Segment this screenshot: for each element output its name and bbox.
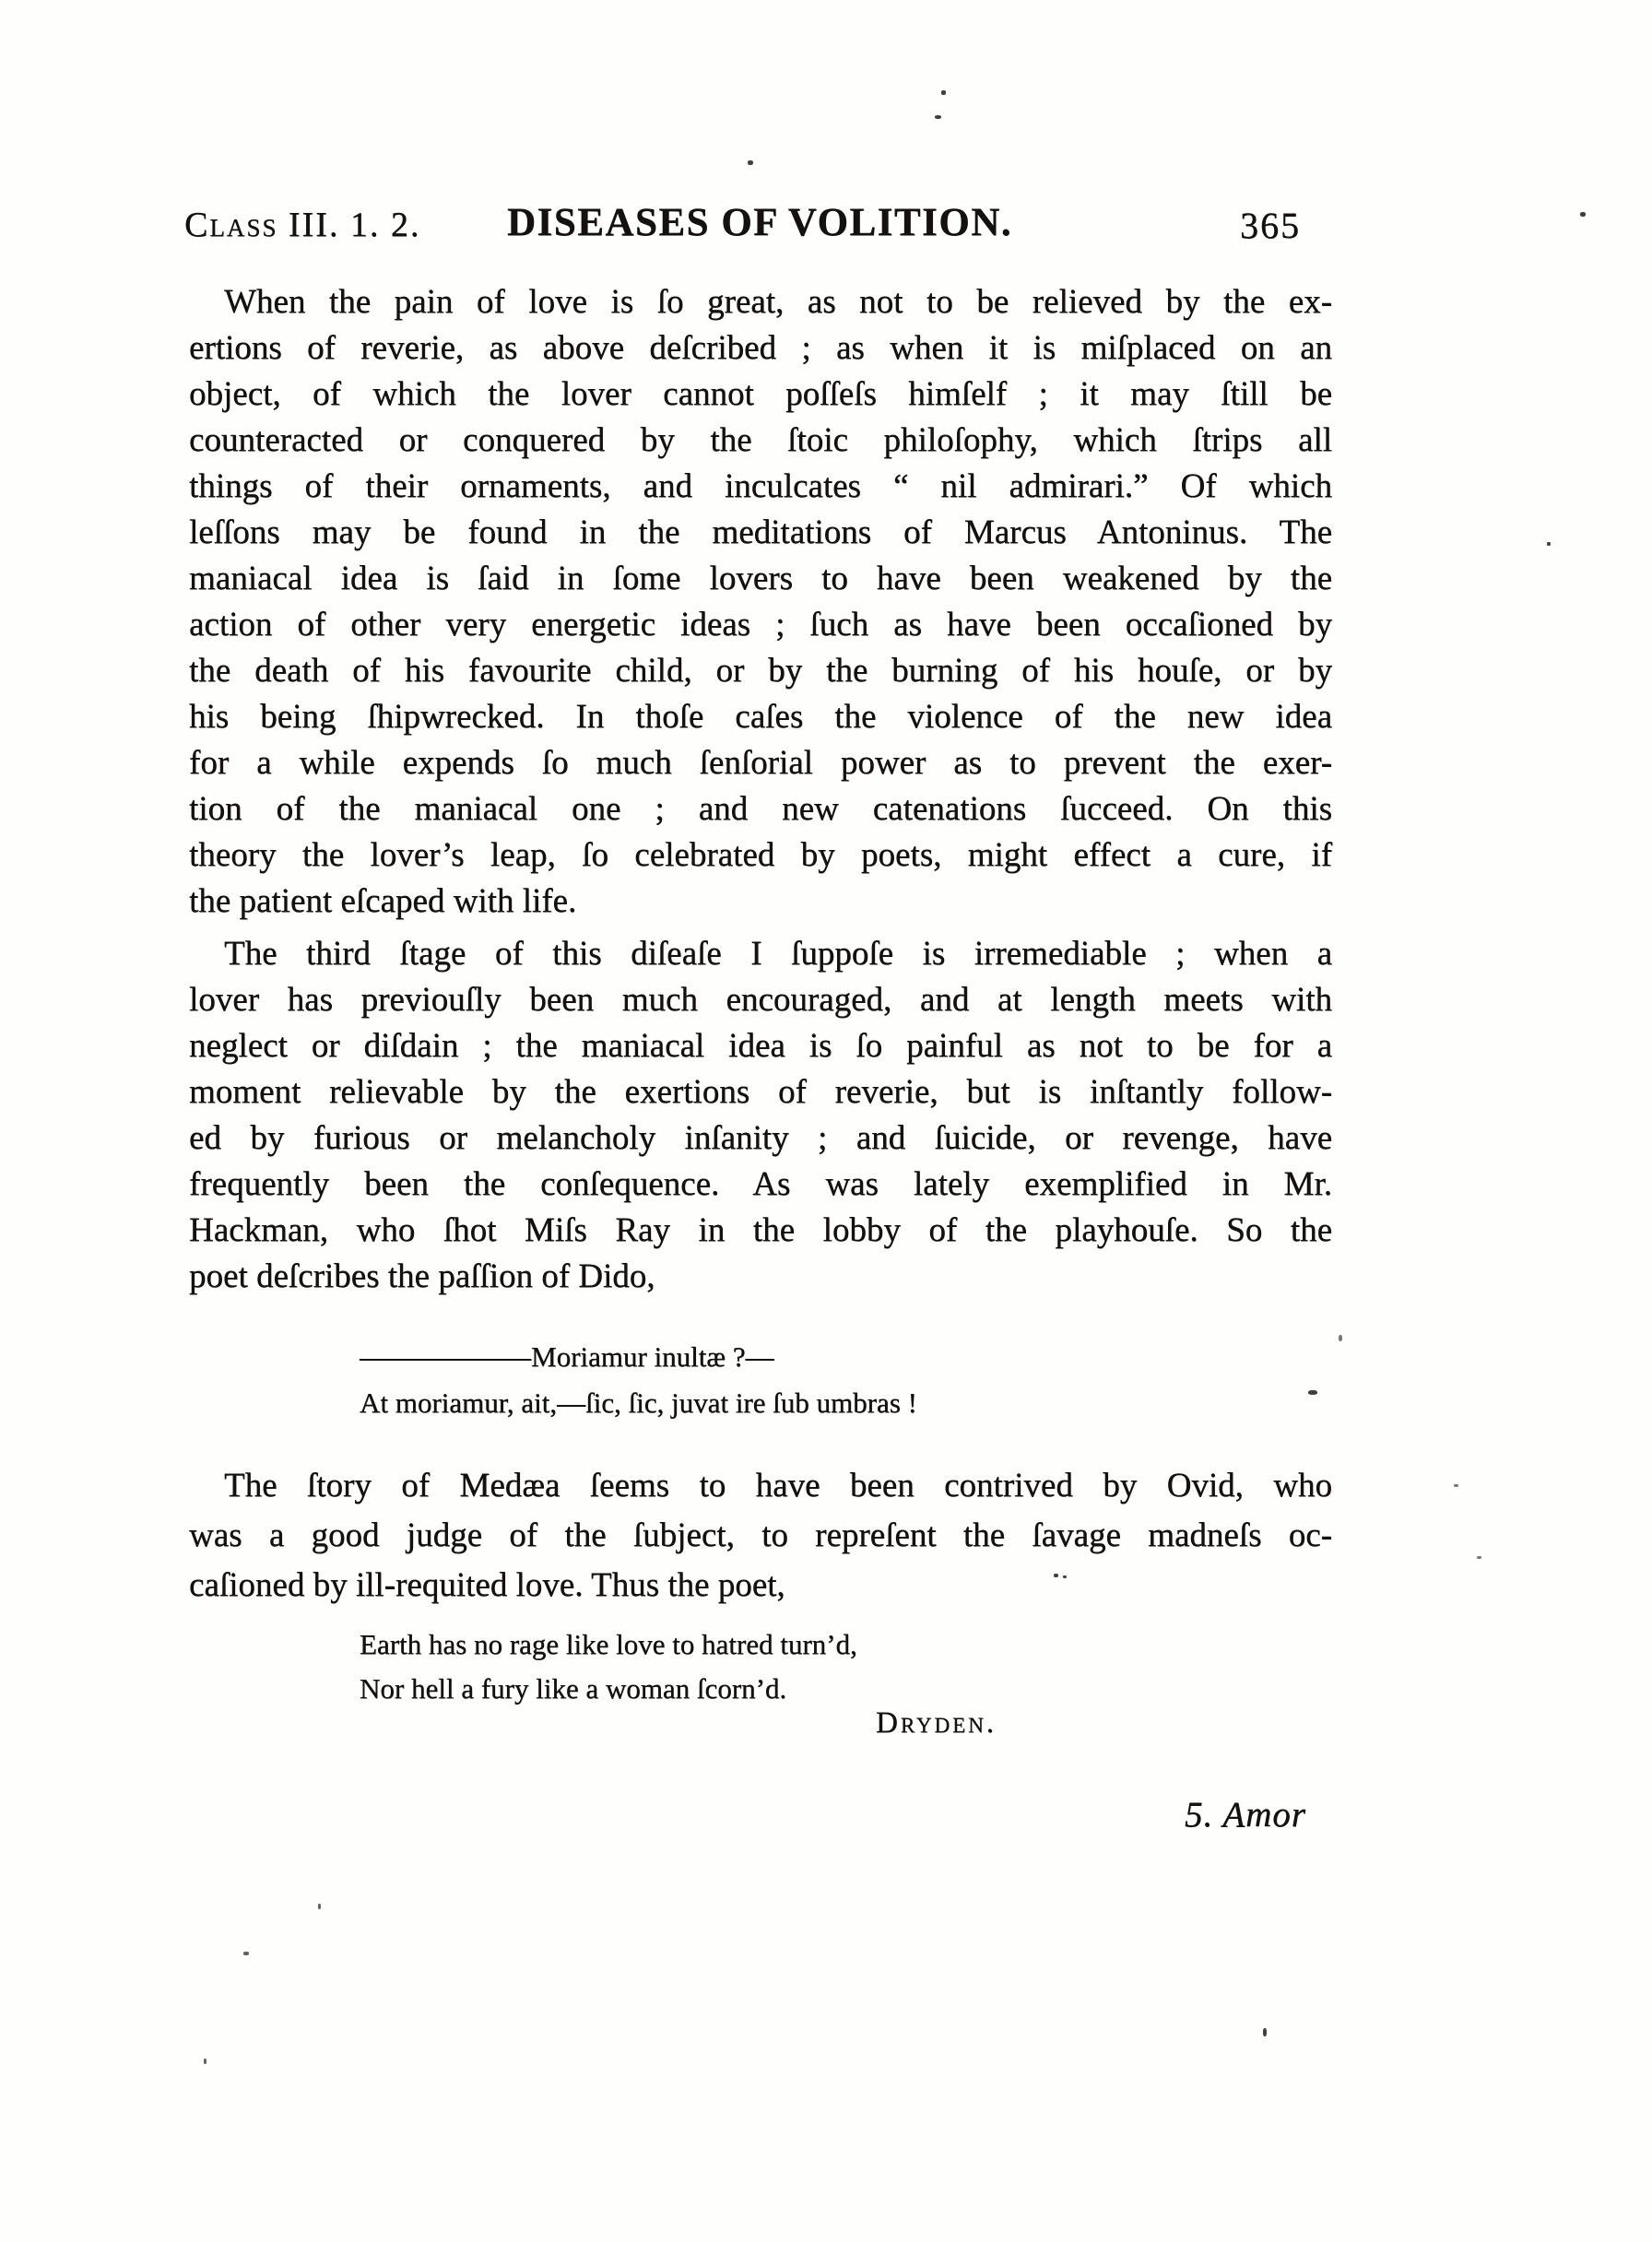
latin-verse-quote: ——————Moriamur inultæ ?—At moriamur, ait… [360,1334,917,1426]
ink-speck [1054,1574,1058,1577]
ink-speck [243,1952,249,1955]
text-line: object, of which the lover cannot poſſeſ… [189,372,1332,418]
text-line: tion of the maniacal one ; and new caten… [189,786,1332,832]
book-page-scan: Class III. 1. 2. DISEASES OF VOLITION. 3… [0,0,1652,2242]
text-line: ertions of reverie, as above deſcribed ;… [189,325,1332,372]
ink-speck [1339,1335,1342,1341]
ink-speck [941,90,946,95]
text-line: Hackman, who ſhot Miſs Ray in the lobby … [189,1208,1332,1254]
running-head-title: DISEASES OF VOLITION. [507,200,1012,245]
ink-speck [1547,542,1551,546]
paragraph-medaea: The ſtory of Medæa ſeems to have been co… [189,1461,1332,1611]
text-line: ed by furious or melancholy inſanity ; a… [189,1115,1332,1162]
text-line: leſſons may be found in the meditations … [189,510,1332,556]
ink-speck [748,160,753,165]
text-line: for a while expends ſo much ſenſorial po… [189,740,1332,786]
quote-attribution: Dryden. [876,1706,997,1740]
page-number: 365 [1240,204,1301,247]
ink-speck [318,1904,321,1909]
catchword: 5. Amor [1185,1794,1306,1835]
verse-line: Nor hell a fury like a woman ſcorn’d. [360,1667,857,1711]
text-line: moment relievable by the exertions of re… [189,1069,1332,1115]
text-line: was a good judge of the ſubject, to repr… [189,1511,1332,1561]
text-line: The third ſtage of this diſeaſe I ſuppoſ… [189,931,1332,977]
text-line: frequently been the conſequence. As was … [189,1162,1332,1208]
text-line: neglect or diſdain ; the maniacal idea i… [189,1023,1332,1069]
paragraph-third-stage: The third ſtage of this diſeaſe I ſuppoſ… [189,931,1332,1300]
text-line: maniacal idea is ſaid in ſome lovers to … [189,556,1332,602]
text-line: theory the lover’s leap, ſo celebrated b… [189,832,1332,879]
verse-line: ——————Moriamur inultæ ?— [360,1334,917,1380]
text-line: counteracted or conquered by the ſtoic p… [189,418,1332,464]
text-line: the patient eſcaped with life. [189,879,1332,925]
verse-line: Earth has no rage like love to hatred tu… [360,1622,857,1667]
text-line: caſioned by ill-requited love. Thus the … [189,1561,1332,1611]
ink-speck [1308,1390,1317,1395]
text-line: When the pain of love is ſo great, as no… [189,279,1332,325]
text-line: lover has previouſly been much encourage… [189,977,1332,1023]
ink-speck [935,115,941,119]
dryden-verse-quote: Earth has no rage like love to hatred tu… [360,1622,857,1711]
ink-speck [1580,212,1586,217]
text-line: his being ſhipwrecked. In thoſe caſes th… [189,694,1332,740]
running-head-class: Class III. 1. 2. [184,205,420,245]
ink-speck [1477,1556,1481,1559]
verse-line: At moriamur, ait,—ſic, ſic, juvat ire ſu… [360,1380,917,1426]
text-line: things of their ornaments, and inculcate… [189,464,1332,510]
text-line: The ſtory of Medæa ſeems to have been co… [189,1461,1332,1511]
ink-speck [1454,1484,1458,1487]
ink-speck [1063,1575,1067,1578]
paragraph-pain-of-love: When the pain of love is ſo great, as no… [189,279,1332,925]
ink-speck [1263,2028,1267,2036]
text-line: poet deſcribes the paſſion of Dido, [189,1254,1332,1300]
ink-speck [204,2059,206,2064]
text-line: the death of his favourite child, or by … [189,648,1332,694]
text-line: action of other very energetic ideas ; ſ… [189,602,1332,648]
